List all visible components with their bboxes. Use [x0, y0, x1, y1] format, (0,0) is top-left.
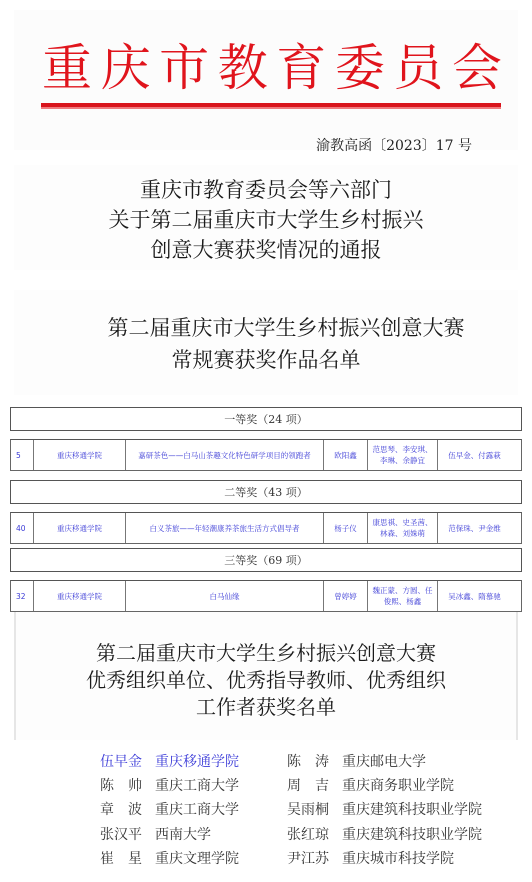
excellence-title-line: 优秀组织单位、优秀指导教师、优秀组织 — [16, 667, 516, 694]
notice-title-line: 创意大赛获奖情况的通报 — [14, 235, 518, 265]
row-project: 嘉研茶色——白马山茶趣文化特色研学项目的领跑者 — [125, 440, 323, 470]
masthead-char: 市 — [159, 38, 209, 98]
person-school: 重庆工商大学 — [155, 798, 287, 822]
person-school: 重庆文理学院 — [155, 847, 287, 871]
row-number: 5 — [11, 440, 33, 470]
person-school: 重庆城市科技学院 — [342, 847, 454, 871]
names-row: 张汉平 西南大学 张红琼 重庆建筑科技职业学院 — [100, 823, 500, 847]
names-row: 伍早金 重庆移通学院 陈 涛 重庆邮电大学 — [100, 750, 500, 774]
person-school: 重庆工商大学 — [155, 774, 287, 798]
table-row: 40 重庆移通学院 白义茶旅——年轻潮康养茶旅生活方式倡导者 杨子仪 康思祺、史… — [10, 512, 522, 544]
masthead-char: 育 — [276, 38, 326, 98]
masthead-char: 重 — [42, 38, 92, 98]
row-project: 白义茶旅——年轻潮康养茶旅生活方式倡导者 — [125, 513, 323, 543]
names-row: 崔 星 重庆文理学院 尹江苏 重庆城市科技学院 — [100, 847, 500, 871]
person-name: 陈 帅 — [100, 774, 155, 798]
award-table-third-prize: 三等奖（69 项） 32 重庆移通学院 白马仙缘 曾婷婷 魏正蒙、方圆、任俊熙、… — [10, 548, 522, 612]
person-school: 重庆邮电大学 — [342, 750, 426, 774]
person-name: 周 吉 — [287, 774, 342, 798]
row-advisors: 伍早金、付露萩 — [437, 440, 511, 470]
person-name: 张红琼 — [287, 823, 342, 847]
award-table-first-prize: 一等奖（24 项） 5 重庆移通学院 嘉研茶色——白马山茶趣文化特色研学项目的领… — [10, 407, 522, 471]
person-school: 西南大学 — [155, 823, 287, 847]
masthead-char: 庆 — [101, 38, 151, 98]
row-members: 康思祺、史圣茜、林森、刘姝萌 — [367, 513, 437, 543]
excellence-names-list: 伍早金 重庆移通学院 陈 涛 重庆邮电大学 陈 帅 重庆工商大学 周 吉 重庆商… — [100, 750, 500, 871]
red-divider-rule — [41, 103, 501, 109]
table-row: 5 重庆移通学院 嘉研茶色——白马山茶趣文化特色研学项目的领跑者 欧阳鑫 范思琴… — [10, 439, 522, 471]
masthead: 重 庆 市 教 育 委 员 会 渝教高函〔2023〕17 号 — [14, 10, 518, 150]
masthead-char: 会 — [452, 38, 502, 98]
person-name: 张汉平 — [100, 823, 155, 847]
person-school: 重庆建筑科技职业学院 — [342, 823, 482, 847]
row-number: 32 — [11, 581, 33, 611]
notice-title-line: 关于第二届重庆市大学生乡村振兴 — [14, 205, 518, 235]
masthead-char: 员 — [393, 38, 443, 98]
row-advisors: 吴冰鑫、隋慕驰 — [437, 581, 511, 611]
person-name: 伍早金 — [100, 750, 155, 774]
row-school: 重庆移通学院 — [33, 440, 125, 470]
row-leader: 欧阳鑫 — [323, 440, 367, 470]
row-project: 白马仙缘 — [125, 581, 323, 611]
row-advisors: 范保珠、尹金维 — [437, 513, 511, 543]
excellence-title-line: 工作者获奖名单 — [16, 694, 516, 721]
person-name: 章 波 — [100, 798, 155, 822]
row-leader: 曾婷婷 — [323, 581, 367, 611]
notice-title: 重庆市教育委员会等六部门 关于第二届重庆市大学生乡村振兴 创意大赛获奖情况的通报 — [14, 165, 518, 270]
person-school: 重庆移通学院 — [155, 750, 287, 774]
person-name: 陈 涛 — [287, 750, 342, 774]
award-table-second-prize: 二等奖（43 项） 40 重庆移通学院 白义茶旅——年轻潮康养茶旅生活方式倡导者… — [10, 480, 522, 544]
person-school: 重庆建筑科技职业学院 — [342, 798, 482, 822]
row-members: 范思琴、李安琪、李琳、余静宜 — [367, 440, 437, 470]
excellence-list-title: 第二届重庆市大学生乡村振兴创意大赛 优秀组织单位、优秀指导教师、优秀组织 工作者… — [14, 612, 518, 740]
regular-list-title: 第二届重庆市大学生乡村振兴创意大赛 常规赛获奖作品名单 — [14, 290, 518, 395]
list-title-line: 常规赛获奖作品名单 — [14, 344, 518, 376]
person-name: 崔 星 — [100, 847, 155, 871]
row-members: 魏正蒙、方圆、任俊熙、杨鑫 — [367, 581, 437, 611]
masthead-char: 教 — [218, 38, 268, 98]
prize-header: 一等奖（24 项） — [10, 407, 522, 431]
row-number: 40 — [11, 513, 33, 543]
names-row: 章 波 重庆工商大学 吴雨桐 重庆建筑科技职业学院 — [100, 798, 500, 822]
row-school: 重庆移通学院 — [33, 581, 125, 611]
person-school: 重庆商务职业学院 — [342, 774, 454, 798]
document-number: 渝教高函〔2023〕17 号 — [316, 135, 472, 155]
prize-header: 三等奖（69 项） — [10, 548, 522, 572]
names-row: 陈 帅 重庆工商大学 周 吉 重庆商务职业学院 — [100, 774, 500, 798]
excellence-title-line: 第二届重庆市大学生乡村振兴创意大赛 — [16, 640, 516, 667]
person-name: 尹江苏 — [287, 847, 342, 871]
list-title-line: 第二届重庆市大学生乡村振兴创意大赛 — [14, 312, 518, 344]
masthead-char: 委 — [335, 38, 385, 98]
notice-title-line: 重庆市教育委员会等六部门 — [14, 165, 518, 205]
prize-header: 二等奖（43 项） — [10, 480, 522, 504]
masthead-title: 重 庆 市 教 育 委 员 会 — [42, 38, 502, 98]
row-leader: 杨子仪 — [323, 513, 367, 543]
row-school: 重庆移通学院 — [33, 513, 125, 543]
table-row: 32 重庆移通学院 白马仙缘 曾婷婷 魏正蒙、方圆、任俊熙、杨鑫 吴冰鑫、隋慕驰 — [10, 580, 522, 612]
person-name: 吴雨桐 — [287, 798, 342, 822]
